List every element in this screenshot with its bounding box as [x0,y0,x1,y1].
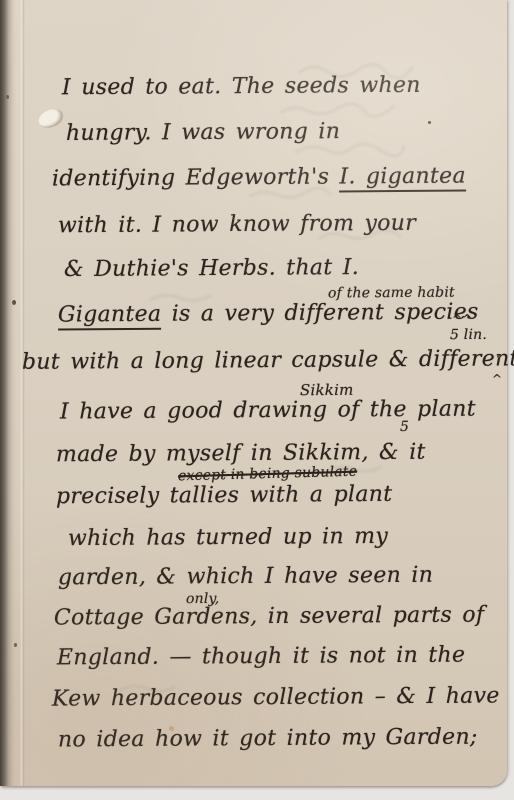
scanned-letter-page: I used to eat. The seeds when hungry. I … [0,0,514,800]
underlined-species-name-2: Gigantea [58,302,162,331]
insertion-caret-marks: ^^ [452,312,473,326]
page-left-edge-shadow [0,0,16,786]
handwriting-line-13: Cottage Gardens, in several parts of [54,602,485,630]
line-3-text: identifying Edgeworth's [52,164,340,191]
insertion-caret-mark: ^ [492,372,502,386]
ink-dot [497,355,500,358]
handwriting-line-9: made by myself in Sikkim, & it [56,440,426,468]
ink-dot [428,121,431,124]
handwriting-line-6: Gigantea is a very different species [58,300,479,328]
handwriting-line-12: garden, & which I have seen in [58,563,433,591]
handwriting-line-3: identifying Edgeworth's I. gigantea [52,164,466,192]
handwriting-line-8: I have a good drawing of the plant [60,397,476,425]
handwriting-line-14: England. — though it is not in the [57,643,465,671]
handwriting-line-15: Kew herbaceous collection – & I have [52,683,500,711]
line-6-text: is a very different species [161,300,478,327]
handwriting-line-11: which has turned up in my [68,524,388,551]
handwriting-line-4: with it. I now know from your [58,211,416,238]
handwriting-line-7: but with a long linear capsule & differe… [22,346,514,375]
foxing-spot [169,726,174,731]
handwriting-line-2: hungry. I was wrong in [66,119,340,146]
letter-paper: I used to eat. The seeds when hungry. I … [0,0,507,786]
handwriting-line-10: precisely tallies with a plant [56,482,393,509]
margin-note-five-lin: 5 lin. [450,327,487,343]
handwriting-line-16: no idea how it got into my Garden; [58,725,478,753]
interline-figure-five: 5 [400,419,409,435]
paper-crease [20,0,25,786]
underlined-species-name: I. gigantea [339,164,466,193]
interline-note-sikkim: Sikkim [300,381,354,399]
handwriting-line-5: & Duthie's Herbs. that I. [64,255,359,282]
handwriting-line-1: I used to eat. The seeds when [62,73,421,101]
